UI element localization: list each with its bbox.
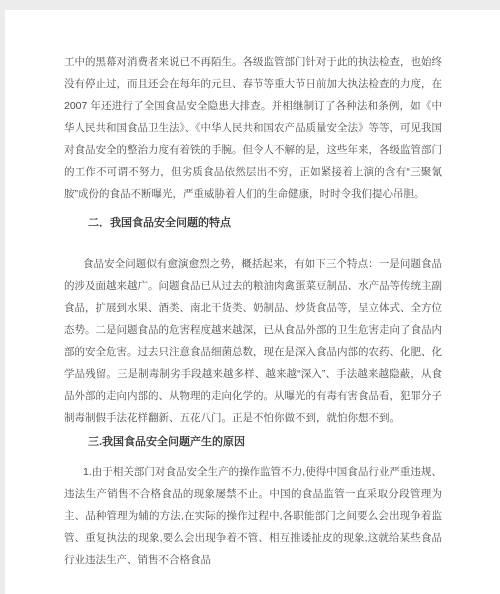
document-page: 工中的黑幕对消费者来说已不再陌生。各级监管部门针对于此的执法检查，也始终没有停止… xyxy=(5,10,500,594)
viewer-background: 工中的黑幕对消费者来说已不再陌生。各级监管部门针对于此的执法检查，也始终没有停止… xyxy=(0,0,500,594)
section-heading-characteristics: 二．我国食品安全问题的特点 xyxy=(64,212,442,234)
paragraph-enforcement-continuation: 工中的黑幕对消费者来说已不再陌生。各级监管部门针对于此的执法检查，也始终没有停止… xyxy=(64,51,442,205)
section-heading-causes: 三.我国食品安全问题产生的原因 xyxy=(64,431,442,453)
paragraph-problem-characteristics: 食品安全问题似有愈演愈烈之势，概括起来，有如下三个特点：一是问题食品的涉及面越来… xyxy=(64,253,442,429)
paragraph-causes-regulation: 1.由于相关部门对食品安全生产的操作监管不力,使得中国食品行业严重违规、违法生产… xyxy=(64,461,442,571)
